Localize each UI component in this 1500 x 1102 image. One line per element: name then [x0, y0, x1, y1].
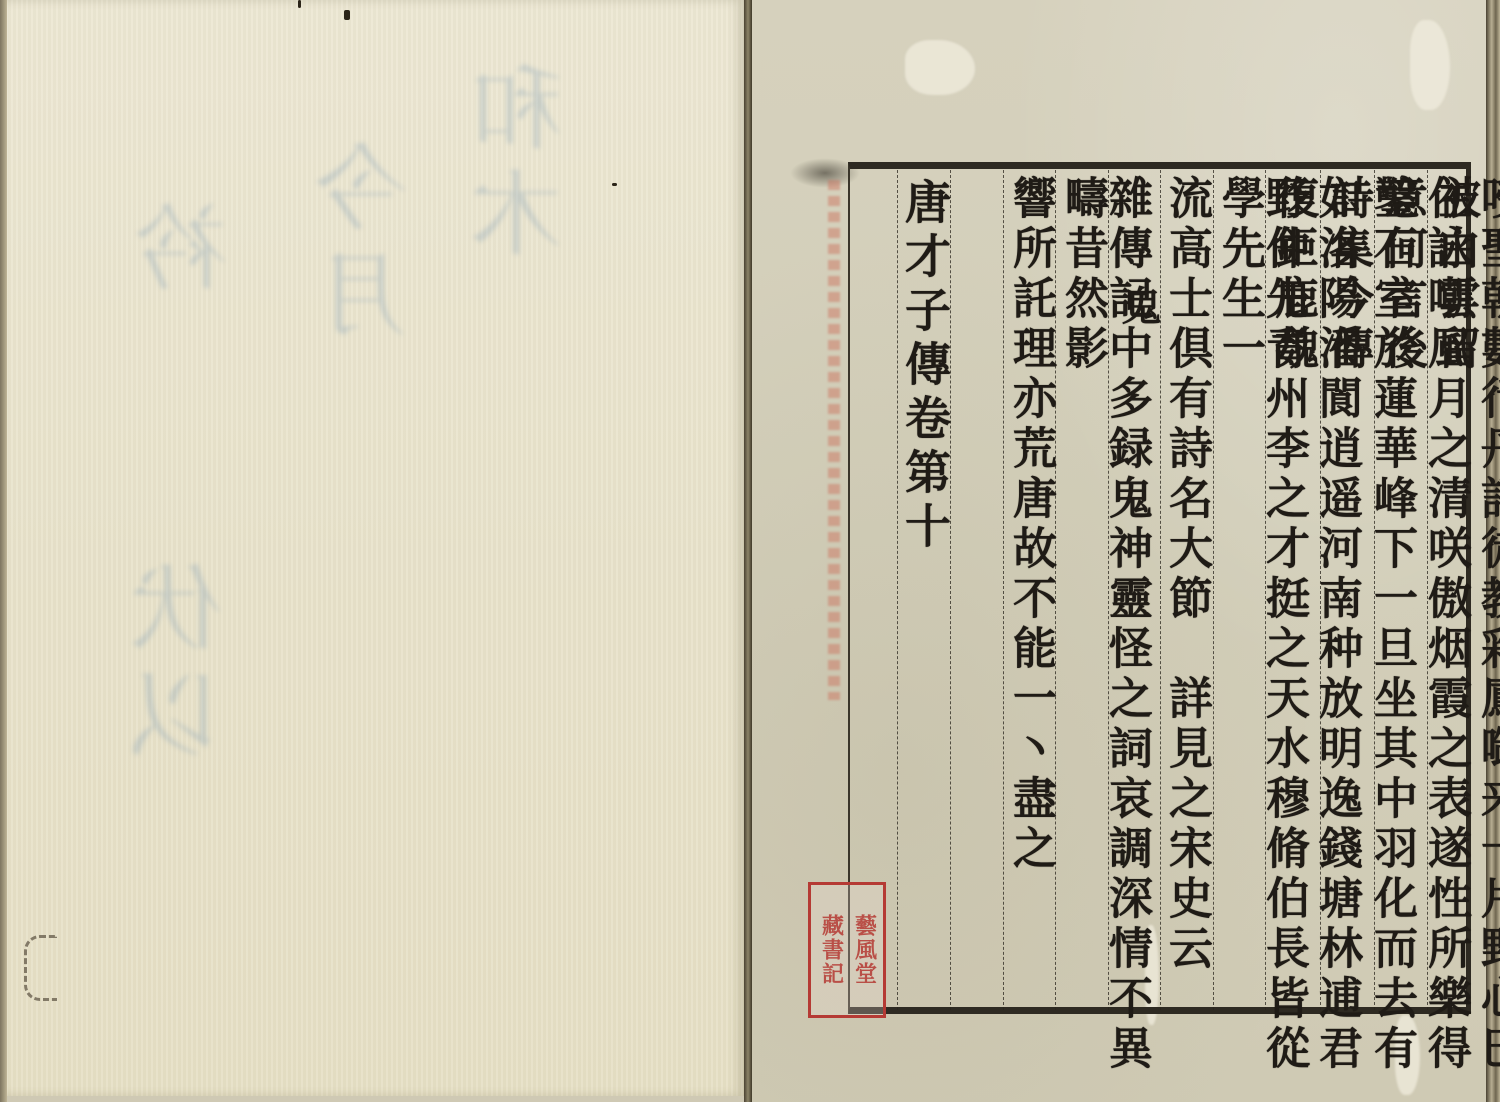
text-column-9: 響所託理亦荒唐故不能一丶盡之 — [1008, 175, 1052, 875]
showthrough-text: 今月 — [321, 140, 418, 352]
ink-speck — [344, 10, 350, 20]
ink-curl-mark — [24, 935, 57, 1001]
book-spread: 和木 今月 衿 伏以 㖟聖朝數行丹詔徒教彩鳳啣来一片野心巳被白雲留 住詠嘲風月之… — [0, 0, 1500, 1102]
seal-text: 藏書記 — [820, 914, 842, 986]
text-column-8: 雜傳記中多録鬼神靈怪之詞哀調深情不異疇昔然影 — [1060, 175, 1148, 1102]
left-binding-edge — [0, 0, 7, 1102]
collector-seal: 藝風堂 藏書記 — [808, 882, 886, 1018]
left-page: 和木 今月 衿 伏以 — [6, 0, 746, 1096]
showthrough-text: 伏以 — [136, 560, 233, 772]
text-column-5: 野仲先青州李之才挺之天水穆脩伯長皆從學先生一 — [1217, 175, 1305, 1102]
colophon-volume-title: 唐才子傳卷第十 — [902, 178, 948, 556]
paper-damage — [1410, 20, 1450, 110]
text-column-6: 流高士倶有詩名大節 詳見之宋史云 — [1164, 175, 1208, 975]
showthrough-text: 衿 — [141, 200, 238, 306]
book-spine — [744, 0, 752, 1102]
seal-text: 藝風堂 — [853, 914, 875, 986]
showthrough-text: 和木 — [476, 60, 573, 272]
ink-speck — [612, 183, 617, 186]
red-offset-marks — [828, 180, 840, 700]
paper-damage — [905, 40, 975, 95]
column-rule — [1003, 170, 1004, 1010]
ink-speck — [298, 0, 301, 8]
